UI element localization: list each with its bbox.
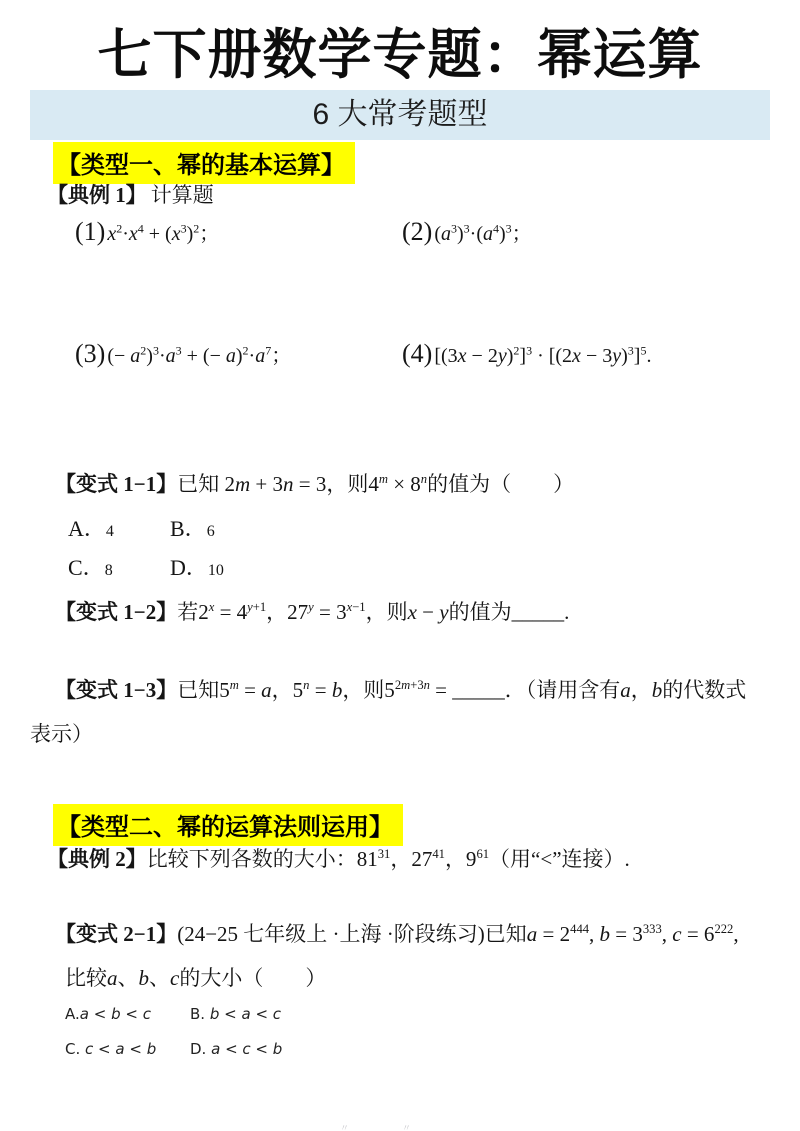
variation-1-1: 【变式 1−1】已知 2m + 3n = 3，则4m × 8n的值为（ ）: [55, 468, 574, 498]
calc-item-4: (4)[(3x − 2y)2]3 · [(2x − 3y)3]5.: [402, 339, 651, 369]
option-1-1-C-value: 8: [105, 562, 113, 579]
variation-2-1-line2: 比较a、b、c的大小（ ）: [65, 962, 326, 992]
variation-1-1-text: 已知 2m + 3n = 3，则4m × 8n的值为（ ）: [177, 472, 574, 496]
example2-text: 比较下列各数的大小：8131，2741，961（用“<”连接）.: [147, 847, 630, 871]
example1-label: 【典例 1】: [47, 183, 147, 207]
example2-label: 【典例 2】: [47, 847, 147, 871]
variation-2-1-label: 【变式 2−1】: [55, 922, 177, 946]
calc-item-3-expression: (− a2)3·a3 + (− a)2·a7；: [107, 345, 291, 367]
option-1-1-D-value: 10: [208, 562, 224, 579]
option-1-1-A-value: 4: [106, 523, 114, 540]
option-1-1-D: D．10: [170, 551, 224, 582]
option-1-1-B-letter: B．: [170, 516, 207, 541]
banner-text: 6 大常考题型: [312, 98, 487, 131]
page-title: 七下册数学专题：幂运算: [0, 12, 800, 89]
variation-2-1-text-cont: 比较a、b、c的大小（ ）: [65, 966, 326, 990]
calc-item-3-number: (3): [75, 339, 105, 368]
variation-1-3-line1: 【变式 1−3】已知5m = a，5n = b，则52m+3n = _____．…: [55, 674, 746, 704]
page-cut-artifact: 〃: [340, 1121, 349, 1131]
subtitle-banner: 6 大常考题型: [30, 90, 770, 140]
variation-1-3-line2: 表示）: [30, 718, 93, 748]
option-1-1-A: A．4: [68, 512, 114, 543]
variation-2-1-line1: 【变式 2−1】(24−25 七年级上 ·上海 ·阶段练习)已知a = 2444…: [55, 918, 739, 948]
calc-item-2-expression: (a3)3·(a4)3；: [434, 223, 531, 245]
variation-1-2: 【变式 1−2】若2x = 4y+1，27y = 3x−1，则x − y的值为_…: [55, 596, 569, 626]
option-2-1-C: C. c < a < b: [65, 1040, 156, 1058]
option-2-1-A: A.a < b < c: [65, 1005, 151, 1023]
calc-item-4-expression: [(3x − 2y)2]3 · [(2x − 3y)3]5.: [434, 345, 651, 367]
option-1-1-D-letter: D．: [170, 555, 208, 580]
calc-item-1-expression: x2·x4 + (x3)2；: [107, 223, 219, 245]
calc-item-3: (3)(− a2)3·a3 + (− a)2·a7；: [75, 339, 291, 369]
option-1-1-C: C．8: [68, 551, 113, 582]
variation-1-1-label: 【变式 1−1】: [55, 472, 177, 496]
calc-item-2: (2)(a3)3·(a4)3；: [402, 217, 532, 247]
example1-heading: 【典例 1】计算题: [47, 179, 214, 209]
variation-1-2-label: 【变式 1−2】: [55, 600, 177, 624]
option-1-1-A-letter: A．: [68, 516, 106, 541]
calc-item-1-number: (1): [75, 217, 105, 246]
calc-item-2-number: (2): [402, 217, 432, 246]
section-type2-header: 【类型二、幂的运算法则运用】: [53, 804, 403, 846]
section-type1: 【类型一、幂的基本运算】: [53, 142, 355, 184]
option-1-1-C-letter: C．: [68, 555, 105, 580]
calc-item-4-number: (4): [402, 339, 432, 368]
variation-1-3-text: 已知5m = a，5n = b，则52m+3n = _____．（请用含有a，b…: [177, 678, 746, 702]
example1-title: 计算题: [151, 183, 214, 207]
option-1-1-B: B．6: [170, 512, 215, 543]
option-2-1-B: B. b < a < c: [190, 1005, 281, 1023]
page-cut-artifact: 〃: [402, 1121, 411, 1131]
option-1-1-B-value: 6: [207, 523, 215, 540]
calc-item-1: (1)x2·x4 + (x3)2；: [75, 217, 219, 247]
section-type1-header: 【类型一、幂的基本运算】: [53, 142, 355, 184]
variation-1-3-label: 【变式 1−3】: [55, 678, 177, 702]
option-2-1-D: D. a < c < b: [190, 1040, 282, 1058]
variation-1-2-text: 若2x = 4y+1，27y = 3x−1，则x − y的值为_____.: [177, 600, 569, 624]
variation-1-3-text-cont: 表示）: [30, 722, 93, 746]
section-type2: 【类型二、幂的运算法则运用】: [53, 804, 403, 846]
worksheet-page: 七下册数学专题：幂运算 6 大常考题型 【类型一、幂的基本运算】 【典例 1】计…: [0, 0, 800, 1131]
variation-2-1-text: (24−25 七年级上 ·上海 ·阶段练习)已知a = 2444, b = 33…: [177, 922, 738, 946]
example2-heading: 【典例 2】比较下列各数的大小：8131，2741，961（用“<”连接）.: [47, 843, 630, 873]
